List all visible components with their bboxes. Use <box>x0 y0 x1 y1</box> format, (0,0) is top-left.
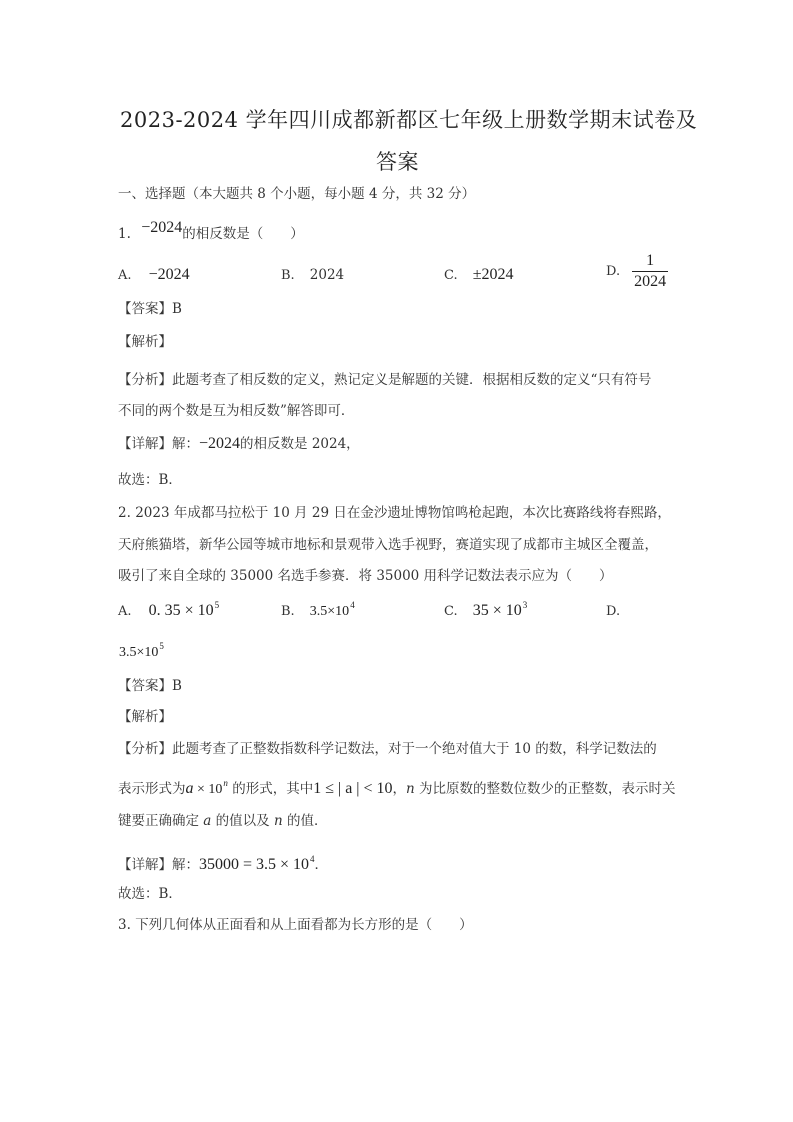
q2-option-d-value: 3.5×105 <box>119 641 164 661</box>
question-1-stem: 1. −2024的相反数是（ ） <box>118 226 304 242</box>
document-title-line2: 答案 <box>376 146 419 176</box>
fraction: 1 2024 <box>632 252 668 291</box>
question-1-text: 的相反数是（ ） <box>182 226 304 242</box>
q2-answer: 【答案】B <box>118 678 182 694</box>
question-2-stem-line1: 2. 2023 年成都马拉松于 10 月 29 日在金沙遗址博物馆鸣枪起跑，本次… <box>118 505 671 521</box>
q1-detail: 【详解】解：−2024的相反数是 2024， <box>118 436 360 452</box>
q1-answer: 【答案】B <box>118 301 182 317</box>
q1-option-d: D. 1 2024 <box>606 252 668 291</box>
q1-option-b: B. 2024 <box>281 264 344 283</box>
q1-option-c: C. ±2024 <box>444 264 514 284</box>
q2-option-b: B. 3.5×104 <box>281 600 355 620</box>
q1-fenxi-line2: 不同的两个数是互为相反数”解答即可． <box>118 403 354 419</box>
q2-option-d-label: D. <box>606 600 620 619</box>
question-number: 1. <box>118 226 131 242</box>
question-2-stem-line2: 天府熊猫塔，新华公园等城市地标和景观带入选手视野，赛道实现了成都市主城区全覆盖， <box>118 537 658 553</box>
document-title-line1: 2023-2024 学年四川成都新都区七年级上册数学期末试卷及 <box>120 104 697 134</box>
q1-option-a: A. −2024 <box>118 264 190 284</box>
q2-fenxi-line2: 表示形式为a × 10n 的形式，其中1 ≤ | a | < 10，n 为比原数… <box>118 775 676 798</box>
q2-option-c: C. 35 × 103 <box>444 600 527 620</box>
q1-fenxi-line1: 【分析】此题考查了相反数的定义，熟记定义是解题的关键．根据相反数的定义“只有符号 <box>118 372 651 388</box>
q2-fenxi-line3: 键要正确确定 a 的值以及 n 的值． <box>118 813 327 829</box>
q2-conclusion: 故选：B． <box>118 886 182 902</box>
question-1-math: −2024 <box>141 219 182 236</box>
q2-analysis-tag: 【解析】 <box>118 709 172 725</box>
q1-analysis-tag: 【解析】 <box>118 334 172 350</box>
q2-option-a: A. 0. 35 × 105 <box>118 600 219 620</box>
q1-conclusion: 故选：B． <box>118 472 182 488</box>
question-3-stem: 3. 下列几何体从正面看和从上面看都为长方形的是（ ） <box>118 917 473 933</box>
section-heading: 一、选择题（本大题共 8 个小题，每小题 4 分，共 32 分） <box>118 186 475 202</box>
q2-detail: 【详解】解：35000 = 3.5 × 104． <box>118 851 328 873</box>
q2-fenxi-line1: 【分析】此题考查了正整数指数科学记数法，对于一个绝对值大于 10 的数，科学记数… <box>118 741 657 757</box>
question-2-stem-line3: 吸引了来自全球的 35000 名选手参赛．将 35000 用科学记数法表示应为（… <box>118 568 613 584</box>
